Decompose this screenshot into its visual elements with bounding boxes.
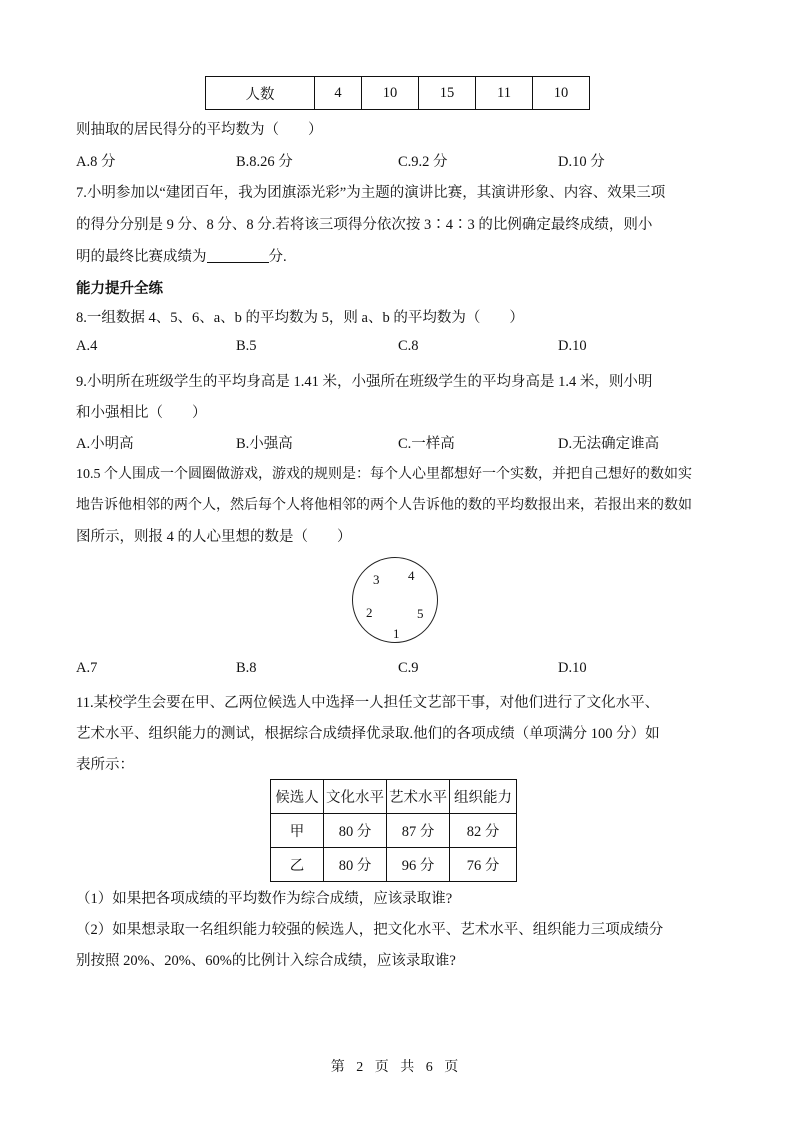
table-cell: 4	[315, 77, 362, 110]
q10-option-d: D.10	[558, 660, 587, 677]
page-number: 第 2 页 共 6 页	[0, 1056, 793, 1076]
table-header: 艺术水平	[387, 780, 450, 814]
table-cell: 11	[476, 77, 533, 110]
q7-line3-text: 明的最终比赛成绩为	[76, 249, 207, 265]
q6-option-c: C.9.2 分	[398, 150, 448, 171]
q10-line3: 图所示，则报 4 的人心里想的数是（ ）	[76, 525, 352, 546]
table-row: 乙 80 分 96 分 76 分	[271, 848, 517, 882]
candidate-score-table: 候选人 文化水平 艺术水平 组织能力 甲 80 分 87 分 82 分 乙 80…	[270, 779, 517, 882]
table-row: 甲 80 分 87 分 82 分	[271, 814, 517, 848]
q10-line2: 地告诉他相邻的两个人，然后每个人将他相邻的两个人告诉他的数的平均数报出来，若报出…	[76, 494, 692, 514]
table-cell: 甲	[271, 814, 324, 848]
q11-sub1: （1）如果把各项成绩的平均数作为综合成绩，应该录取谁?	[76, 887, 452, 908]
score-count-table: 人数 4 10 15 11 10	[205, 76, 590, 110]
circle-number: 1	[393, 626, 400, 642]
q7-line1: 7.小明参加以“建团百年，我为团旗添光彩”为主题的演讲比赛，其演讲形象、内容、效…	[76, 181, 665, 202]
circle-number: 2	[366, 605, 373, 621]
q11-line1: 11.某校学生会要在甲、乙两位候选人中选择一人担任文艺部干事，对他们进行了文化水…	[76, 691, 659, 712]
q9-line1: 9.小明所在班级学生的平均身高是 1.41 米，小强所在班级学生的平均身高是 1…	[76, 370, 652, 391]
q8-option-d: D.10	[558, 338, 587, 355]
q7-line3: 明的最终比赛成绩为分.	[76, 245, 287, 266]
q10-line1: 10.5 个人围成一个圆圈做游戏，游戏的规则是：每个人心里都想好一个实数，并把自…	[76, 463, 692, 483]
q8-stem: 8.一组数据 4、5、6、a、b 的平均数为 5，则 a、b 的平均数为（ ）	[76, 306, 524, 327]
q6-option-a: A.8 分	[76, 150, 115, 171]
q9-line2: 和小强相比（ ）	[76, 401, 207, 422]
section-title: 能力提升全练	[76, 277, 163, 298]
table-cell: 76 分	[450, 848, 517, 882]
table-cell: 87 分	[387, 814, 450, 848]
q10-option-a: A.7	[76, 660, 97, 677]
q9-option-a: A.小明高	[76, 432, 134, 453]
table-header: 候选人	[271, 780, 324, 814]
table-row-label: 人数	[206, 77, 315, 110]
table-cell: 80 分	[324, 848, 387, 882]
q11-line2: 艺术水平、组织能力的测试，根据综合成绩择优录取.他们的各项成绩（单项满分 100…	[76, 722, 660, 743]
table-cell: 80 分	[324, 814, 387, 848]
circle-number: 5	[417, 606, 424, 622]
table-cell: 96 分	[387, 848, 450, 882]
q6-stem: 则抽取的居民得分的平均数为（ ）	[76, 118, 323, 139]
table-cell: 15	[419, 77, 476, 110]
circle-number: 3	[373, 572, 380, 588]
q10-option-b: B.8	[236, 660, 257, 677]
circle-number: 4	[408, 568, 415, 584]
q8-option-a: A.4	[76, 338, 97, 355]
q8-option-b: B.5	[236, 338, 257, 355]
q6-option-d: D.10 分	[558, 150, 605, 171]
q8-option-c: C.8	[398, 338, 419, 355]
q7-line3-suffix: 分.	[269, 249, 287, 265]
table-cell: 82 分	[450, 814, 517, 848]
q11-sub2-line1: （2）如果想录取一名组织能力较强的候选人，把文化水平、艺术水平、组织能力三项成绩…	[76, 918, 663, 939]
q9-option-b: B.小强高	[236, 432, 293, 453]
table-cell: 乙	[271, 848, 324, 882]
answer-blank[interactable]	[207, 248, 269, 263]
q6-option-b: B.8.26 分	[236, 150, 293, 171]
table-header: 文化水平	[324, 780, 387, 814]
table-header: 组织能力	[450, 780, 517, 814]
q11-line3: 表所示：	[76, 753, 134, 774]
q10-option-c: C.9	[398, 660, 419, 677]
number-circle-figure: 3 4 2 5 1	[352, 557, 438, 643]
q9-option-d: D.无法确定谁高	[558, 432, 659, 453]
q7-line2: 的得分分别是 9 分、8 分、8 分.若将该三项得分依次按 3∶4∶3 的比例确…	[76, 213, 652, 234]
table-cell: 10	[362, 77, 419, 110]
table-cell: 10	[533, 77, 590, 110]
q9-option-c: C.一样高	[398, 432, 455, 453]
q11-sub2-line2: 别按照 20%、20%、60%的比例计入综合成绩，应该录取谁?	[76, 949, 456, 970]
